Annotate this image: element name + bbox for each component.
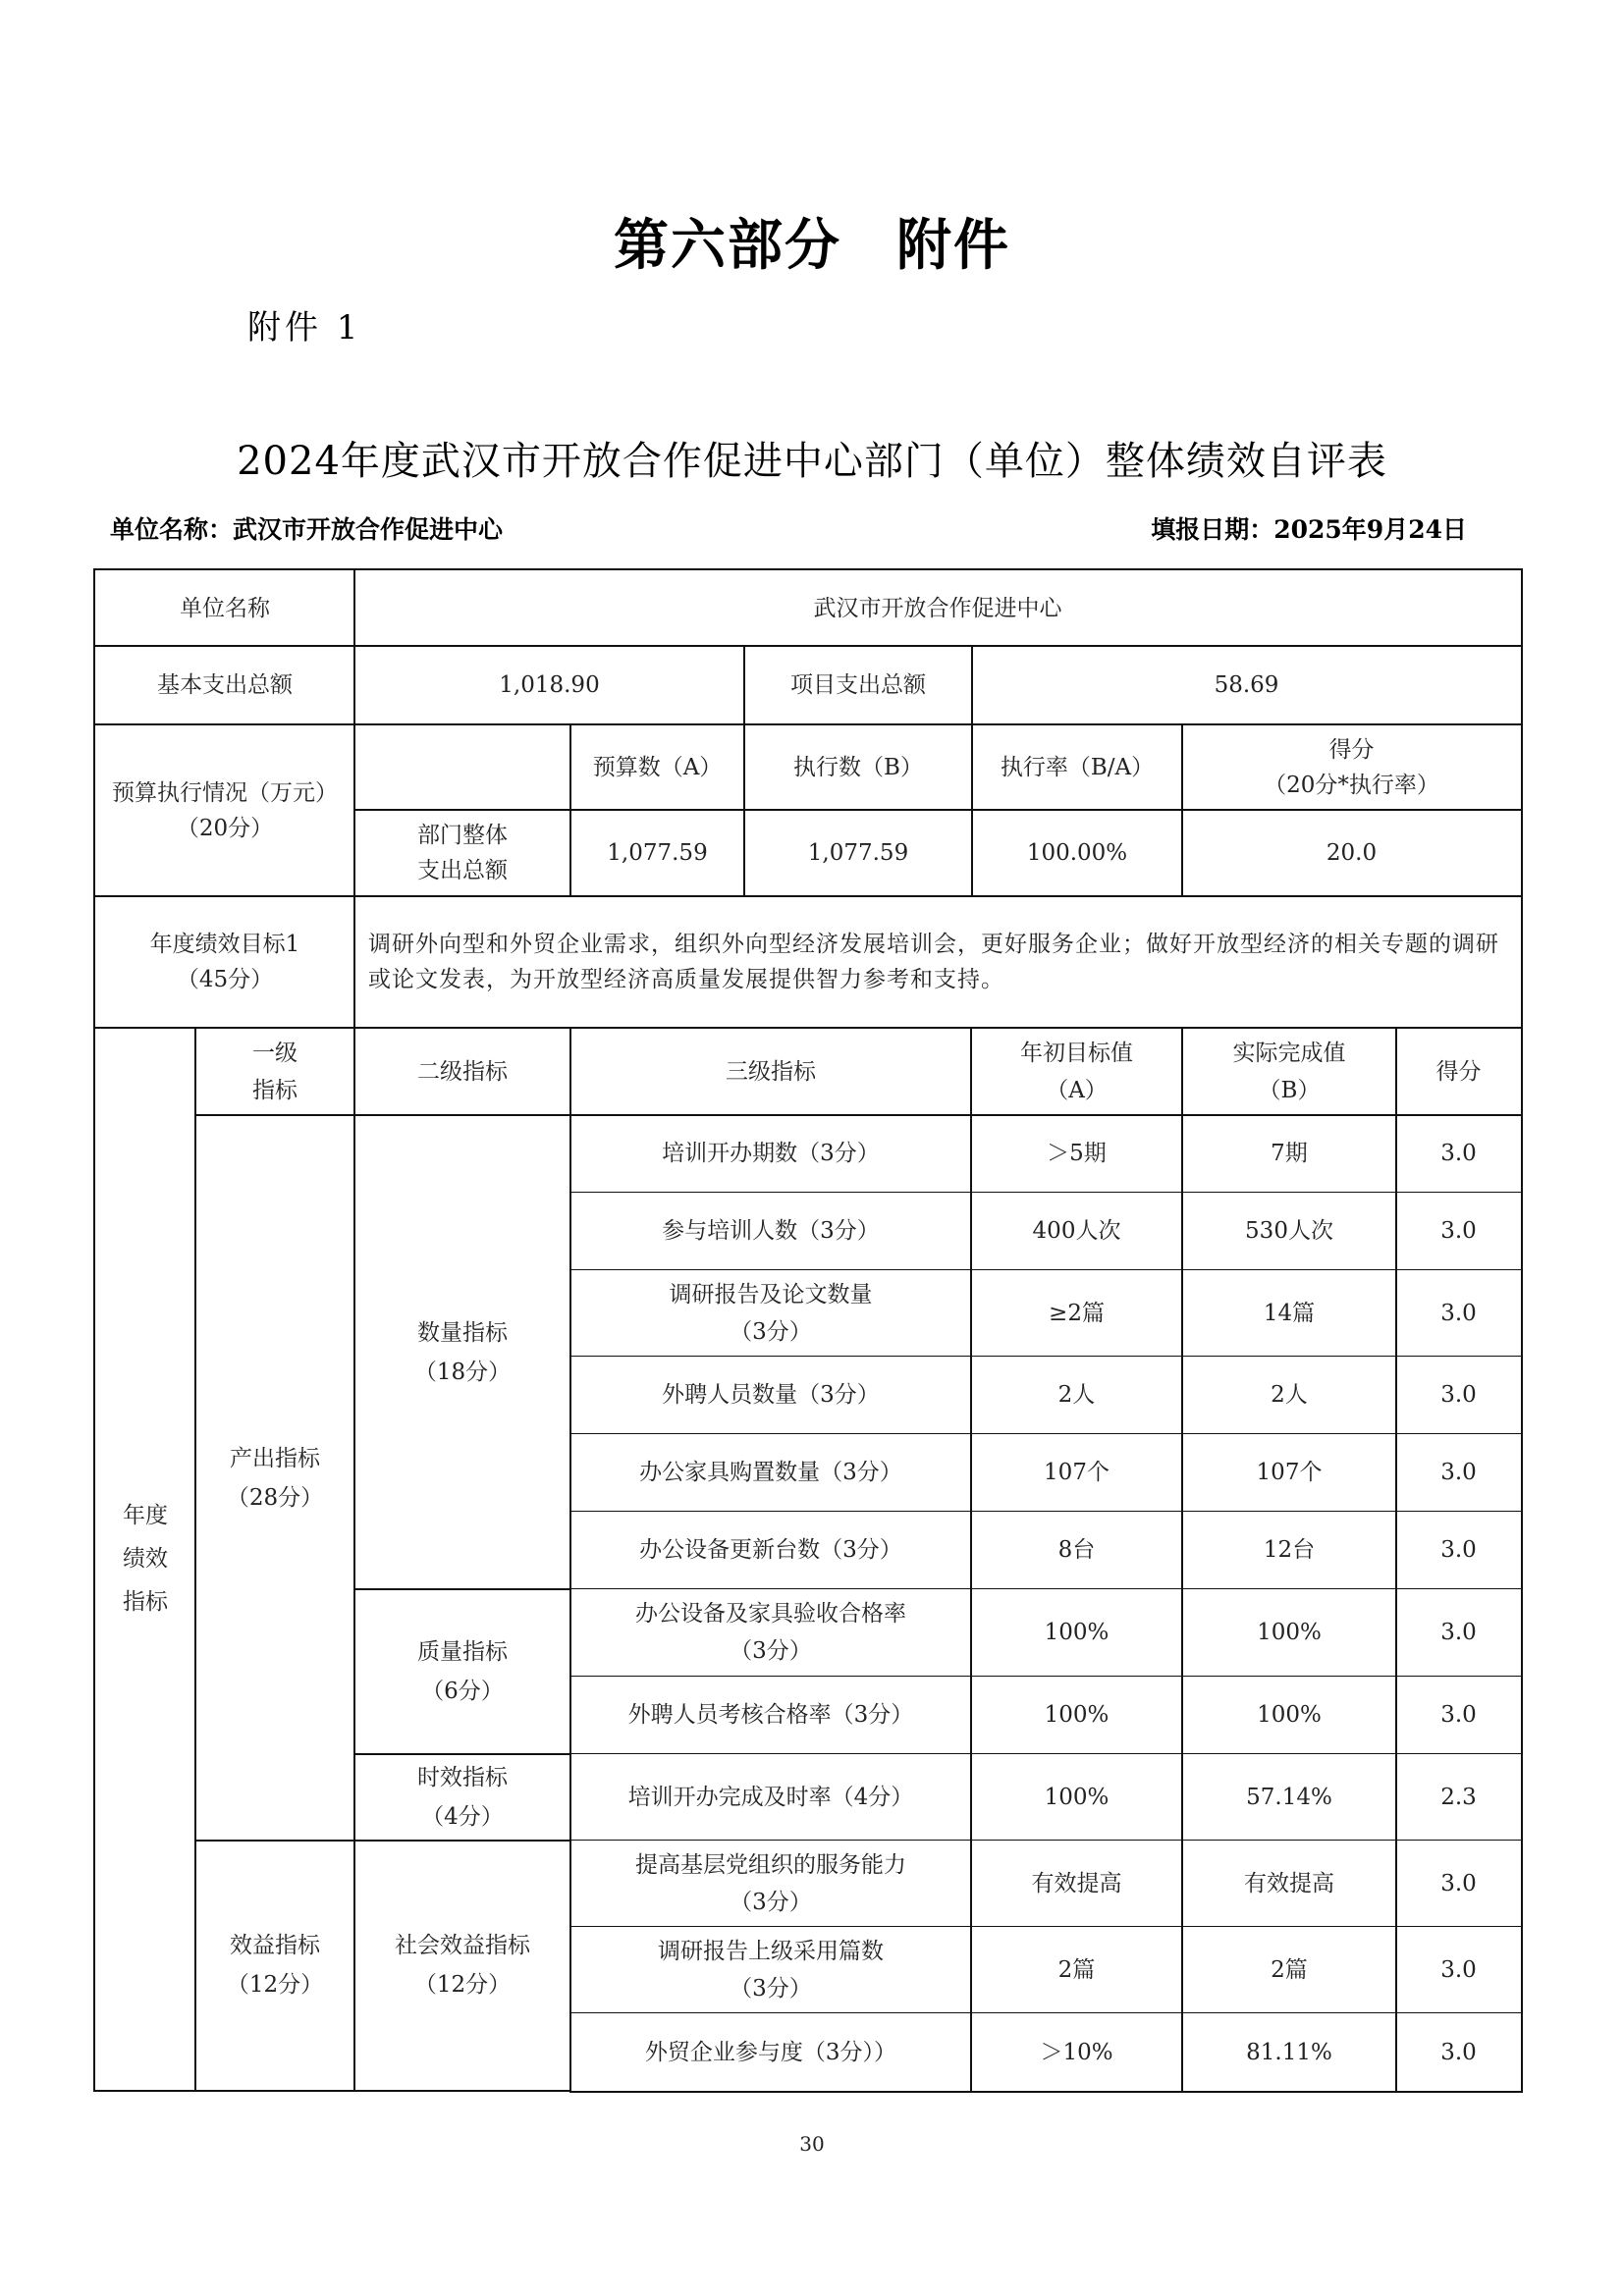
indicator-name: 外聘人员考核合格率（3分） xyxy=(569,1676,972,1754)
header-target: 年初目标值 （A） xyxy=(970,1027,1183,1116)
page-number: 30 xyxy=(0,2132,1624,2156)
project-expense-label: 项目支出总额 xyxy=(743,645,973,725)
indicator-actual: 57.14% xyxy=(1181,1753,1397,1841)
unit-name-label: 单位名称 xyxy=(93,568,355,647)
indicator-name: 培训开办完成及时率（4分） xyxy=(569,1753,972,1841)
header-score: 得分 xyxy=(1395,1027,1523,1116)
performance-table: 单位名称 武汉市开放合作促进中心 基本支出总额 1,018.90 项目支出总额 … xyxy=(0,0,1624,2296)
indicator-actual: 12台 xyxy=(1181,1511,1397,1589)
header-actual: 实际完成值 （B） xyxy=(1181,1027,1397,1116)
budget-header-blank xyxy=(353,723,571,811)
indicator-actual: 7期 xyxy=(1181,1114,1397,1193)
indicator-target: 2篇 xyxy=(970,1926,1183,2013)
budget-execution-label: 预算执行情况（万元） （20分） xyxy=(93,723,355,897)
budget-row-label: 部门整体 支出总额 xyxy=(353,809,571,897)
indicator-name: 办公家具购置数量（3分） xyxy=(569,1433,972,1512)
level2-quality: 质量指标 （6分） xyxy=(353,1588,571,1755)
indicator-target: 100% xyxy=(970,1588,1183,1677)
indicator-score: 3.0 xyxy=(1395,1114,1523,1193)
indicator-score: 3.0 xyxy=(1395,1840,1523,1927)
indicator-score: 3.0 xyxy=(1395,1192,1523,1270)
project-expense-value: 58.69 xyxy=(971,645,1523,725)
indicator-target: 8台 xyxy=(970,1511,1183,1589)
budget-row-b: 1,077.59 xyxy=(743,809,973,897)
annual-goal-text: 调研外向型和外贸企业需求，组织外向型经济发展培训会，更好服务企业；做好开放型经济… xyxy=(353,895,1523,1029)
indicator-name: 提高基层党组织的服务能力 （3分） xyxy=(569,1840,972,1927)
indicator-name: 参与培训人数（3分） xyxy=(569,1192,972,1270)
indicator-score: 3.0 xyxy=(1395,1676,1523,1754)
indicator-actual: 107个 xyxy=(1181,1433,1397,1512)
level2-social-benefit: 社会效益指标 （12分） xyxy=(353,1840,571,2092)
budget-row-score: 20.0 xyxy=(1181,809,1523,897)
indicator-actual: 2人 xyxy=(1181,1356,1397,1434)
budget-header-score: 得分 （20分*执行率） xyxy=(1181,723,1523,811)
indicator-target: ≥2篇 xyxy=(970,1269,1183,1357)
budget-header-b: 执行数（B） xyxy=(743,723,973,811)
basic-expense-label: 基本支出总额 xyxy=(93,645,355,725)
indicator-target: 107个 xyxy=(970,1433,1183,1512)
annual-goal-label: 年度绩效目标1 （45分） xyxy=(93,895,355,1029)
indicator-target: ＞10% xyxy=(970,2012,1183,2093)
indicator-target: ＞5期 xyxy=(970,1114,1183,1193)
indicator-score: 3.0 xyxy=(1395,1511,1523,1589)
indicator-name: 外贸企业参与度（3分）） xyxy=(569,2012,972,2093)
level2-timeliness: 时效指标 （4分） xyxy=(353,1753,571,1842)
indicator-target: 100% xyxy=(970,1676,1183,1754)
basic-expense-value: 1,018.90 xyxy=(353,645,745,725)
indicator-actual: 2篇 xyxy=(1181,1926,1397,2013)
indicator-actual: 14篇 xyxy=(1181,1269,1397,1357)
indicator-target: 400人次 xyxy=(970,1192,1183,1270)
indicator-score: 3.0 xyxy=(1395,2012,1523,2093)
indicator-target: 2人 xyxy=(970,1356,1183,1434)
indicator-name: 办公设备及家具验收合格率 （3分） xyxy=(569,1588,972,1677)
indicator-name: 办公设备更新台数（3分） xyxy=(569,1511,972,1589)
budget-header-rate: 执行率（B/A） xyxy=(971,723,1183,811)
header-level1: 一级 指标 xyxy=(194,1027,355,1116)
unit-name-value: 武汉市开放合作促进中心 xyxy=(353,568,1523,647)
indicator-actual: 100% xyxy=(1181,1676,1397,1754)
indicators-section-label: 年度 绩效 指标 xyxy=(93,1027,196,2092)
indicator-actual: 81.11% xyxy=(1181,2012,1397,2093)
budget-row-a: 1,077.59 xyxy=(569,809,745,897)
budget-header-a: 预算数（A） xyxy=(569,723,745,811)
indicator-name: 调研报告及论文数量 （3分） xyxy=(569,1269,972,1357)
indicator-score: 3.0 xyxy=(1395,1433,1523,1512)
header-level3: 三级指标 xyxy=(569,1027,972,1116)
indicator-score: 3.0 xyxy=(1395,1356,1523,1434)
indicator-name: 培训开办期数（3分） xyxy=(569,1114,972,1193)
indicator-score: 3.0 xyxy=(1395,1269,1523,1357)
indicator-target: 100% xyxy=(970,1753,1183,1841)
indicator-score: 3.0 xyxy=(1395,1926,1523,2013)
indicator-actual: 有效提高 xyxy=(1181,1840,1397,1927)
indicator-score: 2.3 xyxy=(1395,1753,1523,1841)
indicator-actual: 530人次 xyxy=(1181,1192,1397,1270)
indicator-name: 调研报告上级采用篇数 （3分） xyxy=(569,1926,972,2013)
indicator-target: 有效提高 xyxy=(970,1840,1183,1927)
indicator-score: 3.0 xyxy=(1395,1588,1523,1677)
level1-benefit: 效益指标 （12分） xyxy=(194,1840,355,2092)
level2-quantity: 数量指标 （18分） xyxy=(353,1114,571,1590)
header-level2: 二级指标 xyxy=(353,1027,571,1116)
budget-row-rate: 100.00% xyxy=(971,809,1183,897)
indicator-actual: 100% xyxy=(1181,1588,1397,1677)
level1-output: 产出指标 （28分） xyxy=(194,1114,355,1842)
indicator-name: 外聘人员数量（3分） xyxy=(569,1356,972,1434)
